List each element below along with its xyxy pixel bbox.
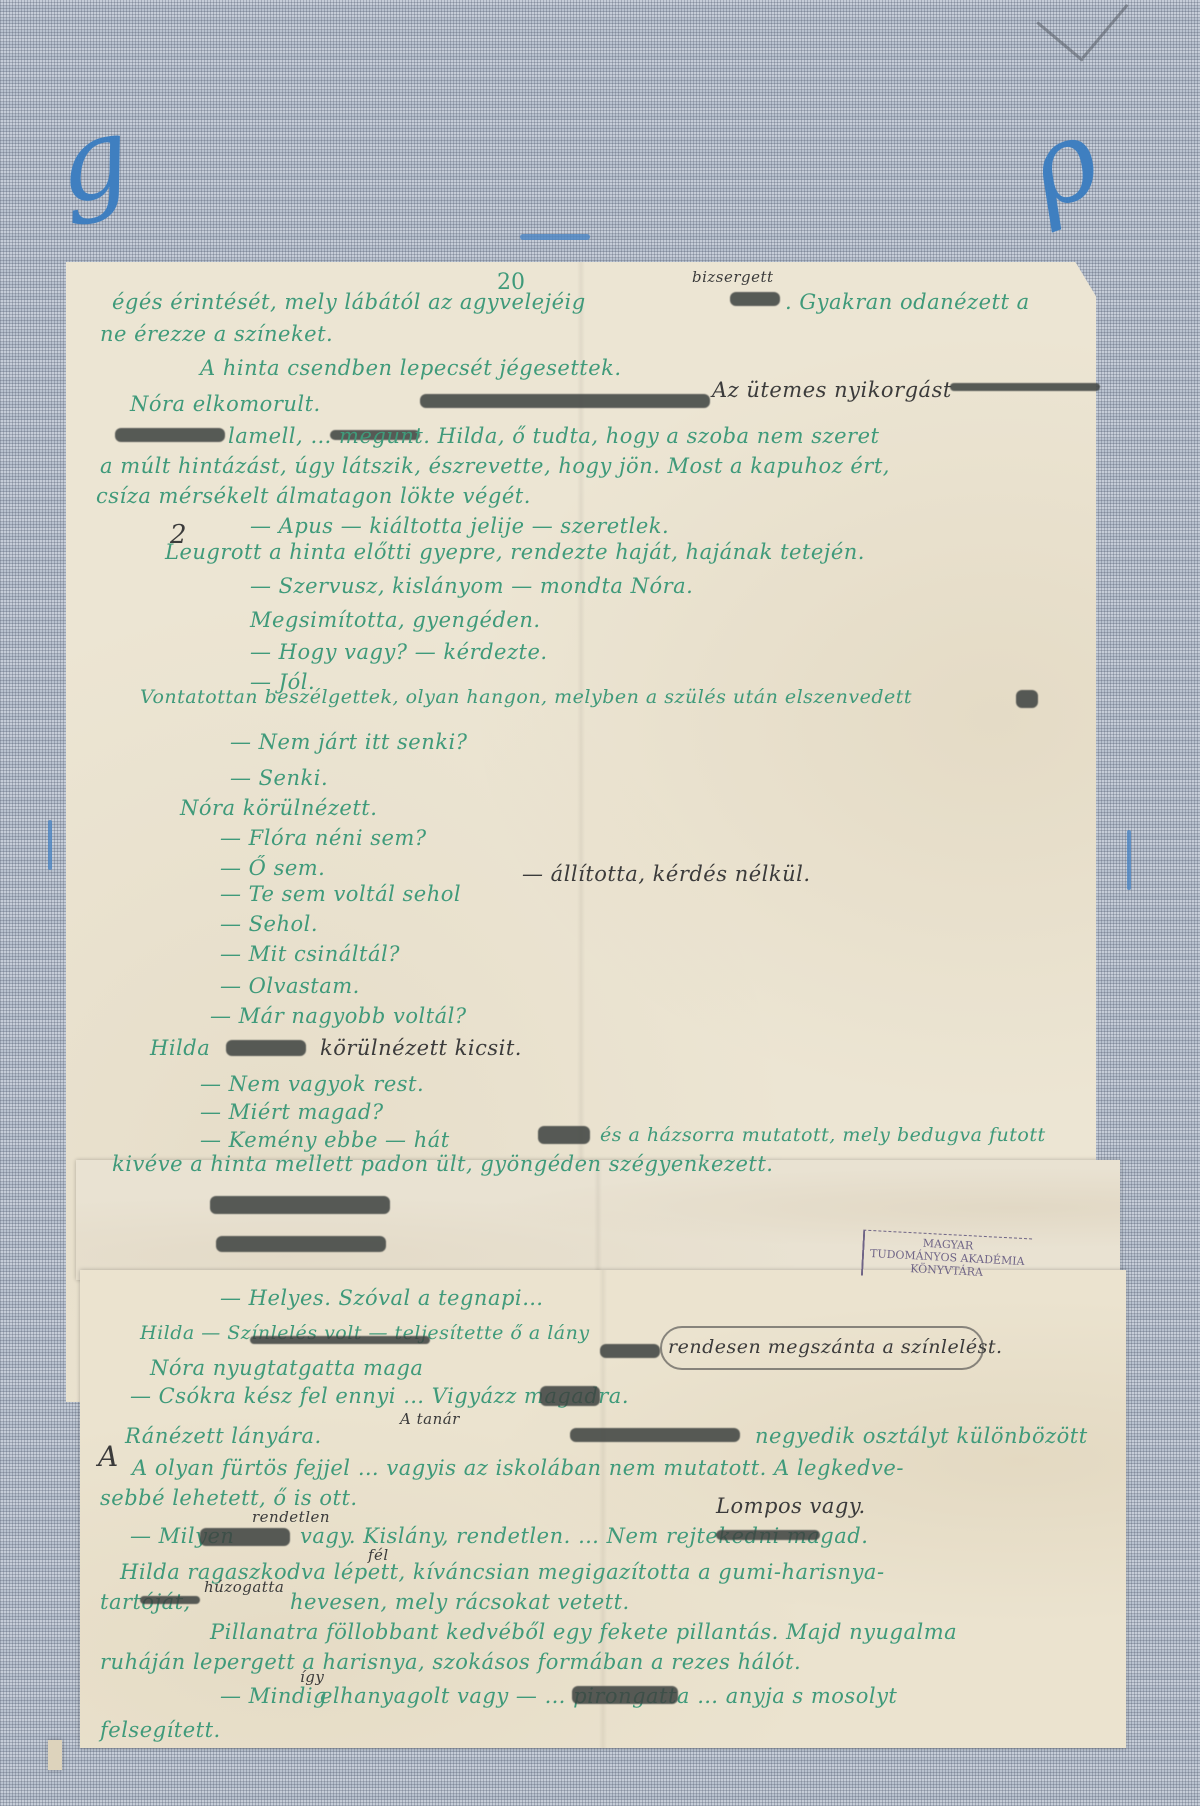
manuscript-line: kivéve a hinta mellett padon ült, gyöngé… bbox=[112, 1152, 773, 1176]
manuscript-line: Pillanatra föllobbant kedvéből egy feket… bbox=[210, 1620, 957, 1644]
blue-dash-top bbox=[520, 234, 590, 240]
strikethrough bbox=[420, 394, 710, 408]
manuscript-line: — Te sem voltál sehol bbox=[220, 882, 461, 906]
manuscript-line: — Olvastam. bbox=[220, 974, 360, 998]
strikethrough bbox=[570, 1428, 740, 1442]
pencil-tick-top-right-2 bbox=[1036, 21, 1084, 62]
manuscript-line: A olyan fürtös fejjel … vagyis az iskolá… bbox=[132, 1456, 904, 1480]
manuscript-line: felsegített. bbox=[100, 1718, 221, 1742]
paper-stub bbox=[48, 1740, 62, 1770]
manuscript-line: — Nem vagyok rest. bbox=[200, 1072, 424, 1096]
strikethrough bbox=[538, 1126, 590, 1144]
manuscript-line: Megsimította, gyengéden. bbox=[250, 608, 541, 632]
manuscript-line: Leugrott a hinta előtti gyepre, rendezte… bbox=[165, 540, 865, 564]
manuscript-line: — Szervusz, kislányom — mondta Nóra. bbox=[250, 574, 693, 598]
pencil-insertion: — állította, kérdés nélkül. bbox=[522, 862, 811, 886]
margin-mark-A: A bbox=[98, 1440, 119, 1473]
manuscript-line: — Hogy vagy? — kérdezte. bbox=[250, 640, 548, 664]
manuscript-line: a múlt hintázást, úgy látszik, észrevett… bbox=[100, 454, 890, 478]
manuscript-line: Nóra nyugtatgatta maga bbox=[150, 1356, 423, 1380]
pencil-bracket bbox=[660, 1326, 984, 1370]
strikethrough bbox=[216, 1236, 386, 1252]
strikethrough bbox=[226, 1040, 306, 1056]
manuscript-line: ne érezze a színeket. bbox=[100, 322, 333, 346]
pencil-insertion: körülnézett kicsit. bbox=[320, 1036, 522, 1060]
manuscript-line: — Flóra néni sem? bbox=[220, 826, 427, 850]
manuscript-line: égés érintését, mely lábától az agyvelej… bbox=[112, 290, 586, 314]
manuscript-line: — Ő sem. bbox=[220, 856, 325, 880]
manuscript-line: — Nem járt itt senki? bbox=[230, 730, 467, 754]
manuscript-line: csíza mérsékelt álmatagon lökte végét. bbox=[96, 484, 531, 508]
manuscript-line: lamell, … megunt. Hilda, ő tudta, hogy a… bbox=[228, 424, 879, 448]
strikethrough bbox=[115, 428, 225, 442]
blue-dash-right bbox=[1127, 830, 1131, 890]
strikethrough bbox=[600, 1344, 660, 1358]
manuscript-line: — Senki. bbox=[230, 766, 328, 790]
pencil-insertion: húzogatta bbox=[204, 1578, 284, 1596]
pencil-insertion: Az ütemes nyikorgást bbox=[712, 378, 952, 402]
manuscript-line: Vontatottan beszélgettek, olyan hangon, … bbox=[140, 686, 912, 708]
strikethrough bbox=[140, 1596, 200, 1604]
manuscript-line: — Apus — kiáltotta jelije — szeretlek. bbox=[250, 514, 669, 538]
manuscript-line: ruháján lepergett a harisnya, szokásos f… bbox=[100, 1650, 801, 1674]
pencil-insertion: fél bbox=[368, 1546, 389, 1564]
manuscript-line: és a házsorra mutatott, mely bedugva fut… bbox=[600, 1124, 1046, 1146]
strikethrough bbox=[250, 1336, 430, 1344]
manuscript-line: A hinta csendben lepecsét jégesettek. bbox=[200, 356, 622, 380]
manuscript-line: sebbé lehetett, ő is ott. bbox=[100, 1486, 358, 1510]
strikethrough bbox=[1016, 690, 1038, 708]
manuscript-line: Nóra elkomorult. bbox=[130, 392, 321, 416]
manuscript-line: — Sehol. bbox=[220, 912, 318, 936]
manuscript-line: Ránézett lányára. bbox=[125, 1424, 322, 1448]
manuscript-line: hevesen, mely rácsokat vetett. bbox=[290, 1590, 630, 1614]
strikethrough bbox=[210, 1196, 390, 1214]
strikethrough bbox=[716, 1530, 820, 1540]
pencil-insertion: bizsergett bbox=[692, 268, 774, 286]
blue-dash-left bbox=[48, 820, 52, 870]
manuscript-line: — Miért magad? bbox=[200, 1100, 384, 1124]
manuscript-line: Nóra körülnézett. bbox=[180, 796, 377, 820]
manuscript-line: — Mit csináltál? bbox=[220, 942, 400, 966]
blue-letter-left: g bbox=[47, 91, 139, 229]
pencil-tick-top-right bbox=[1081, 4, 1128, 60]
strikethrough bbox=[572, 1686, 678, 1704]
strikethrough bbox=[540, 1386, 600, 1406]
library-stamp: MAGYAR TUDOMÁNYOS AKADÉMIA KÖNYVTÁRA bbox=[861, 1230, 1032, 1285]
strikethrough bbox=[730, 292, 780, 306]
manuscript-line: — Mindig bbox=[220, 1684, 327, 1708]
manuscript-line: — Már nagyobb voltál? bbox=[210, 1004, 467, 1028]
strikethrough bbox=[950, 383, 1100, 391]
manuscript-line: — Kemény ebbe — hát bbox=[200, 1128, 450, 1152]
pencil-insertion: Lompos vagy. bbox=[716, 1494, 866, 1518]
blue-letter-right: ρ bbox=[1010, 93, 1115, 235]
manuscript-line: Hilda bbox=[150, 1036, 210, 1060]
manuscript-line: . Gyakran odanézett a bbox=[785, 290, 1030, 314]
manuscript-line: negyedik osztályt különbözött bbox=[755, 1424, 1088, 1448]
strikethrough bbox=[200, 1528, 290, 1546]
pencil-insertion: A tanár bbox=[400, 1410, 460, 1428]
manuscript-line: — Helyes. Szóval a tegnapi… bbox=[220, 1286, 544, 1310]
